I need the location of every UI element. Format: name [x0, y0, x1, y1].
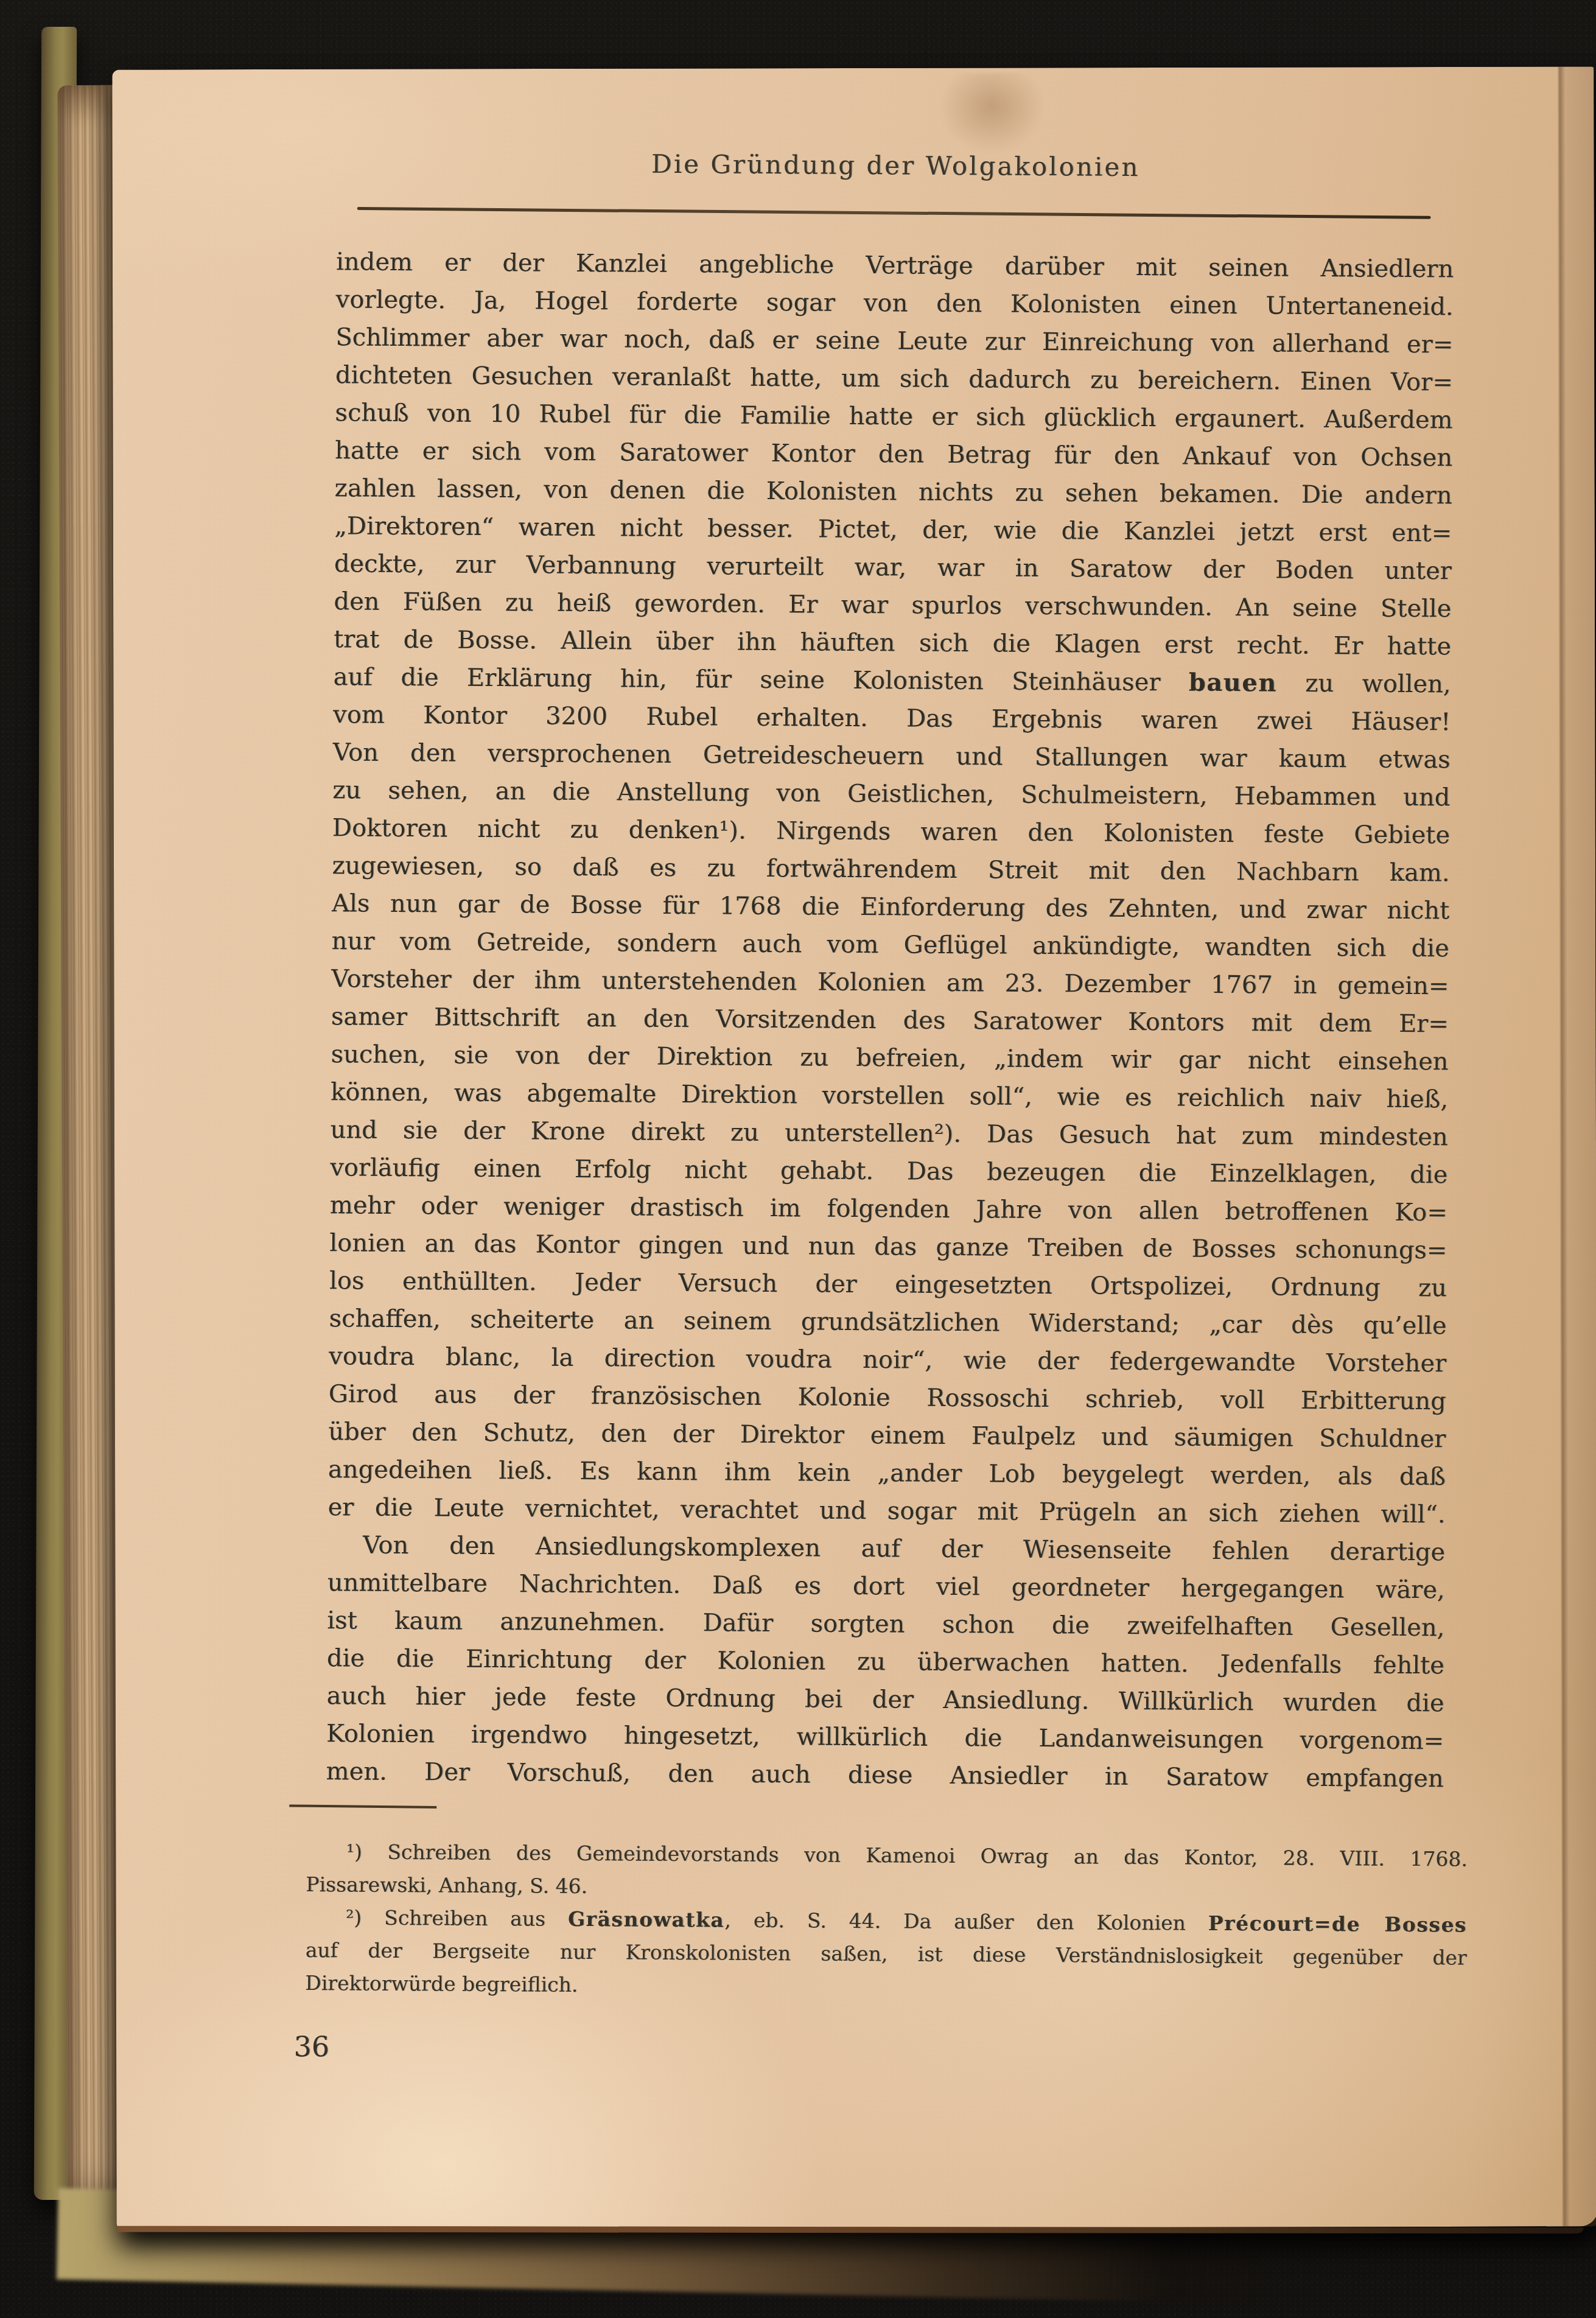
text-segment: über den Schutz, den der Direktor einem … [328, 1418, 1446, 1453]
printed-content: Die Gründung der Wolgakolonien indem er … [99, 68, 1595, 2237]
text-segment: ¹) Schreiben des Gemeindevorstands von K… [346, 1840, 1468, 1871]
emphasized-text: Précourt=de Bosses [1208, 1911, 1467, 1937]
text-segment: samer Bittschrift an den Vorsitzenden de… [331, 1003, 1449, 1038]
emphasized-text: bauen [1189, 668, 1277, 698]
text-segment: men. Der Vorschuß, den auch diese Ansied… [326, 1757, 1444, 1793]
footnote-block: ¹) Schreiben des Gemeindevorstands von K… [305, 1835, 1468, 2008]
text-segment: vorlegte. Ja, Hogel forderte sogar von d… [336, 285, 1454, 321]
text-segment: Girod aus der französischen Kolonie Ross… [329, 1380, 1446, 1415]
text-segment: nur vom Getreide, sondern auch vom Geflü… [332, 927, 1449, 962]
text-segment: auf der Bergseite nur Kronskolonisten sa… [306, 1938, 1467, 1970]
text-segment: Vorsteher der ihm unterstehenden Kolonie… [331, 965, 1449, 1000]
text-segment: Von den Ansiedlungskomplexen auf der Wie… [363, 1532, 1445, 1567]
text-segment: vorläufig einen Erfolg nicht gehabt. Das… [330, 1154, 1447, 1189]
text-segment: zu wollen, [1277, 670, 1451, 699]
text-segment: Als nun gar de Bosse für 1768 die Einfor… [332, 889, 1449, 925]
photographed-book-scene: { "book_page": { "running_header": "Die … [0, 0, 1596, 2318]
text-segment: Kolonien irgendwo hingesetzt, willkürlic… [326, 1720, 1444, 1755]
text-segment: Doktoren nicht zu denken¹). Nirgends war… [332, 814, 1450, 849]
text-segment: Von den versprochenen Getreidescheuern u… [333, 738, 1451, 774]
header-rule [357, 207, 1431, 219]
text-segment: indem er der Kanzlei angebliche Verträge… [336, 248, 1454, 283]
text-segment: Pissarewski, Anhang, S. 46. [306, 1872, 587, 1898]
text-segment: trat de Bosse. Allein über ihn häuften s… [334, 625, 1451, 660]
text-segment: zu sehen, an die Anstellung von Geistlic… [332, 776, 1450, 811]
text-segment: schaffen, scheiterte an seinem grundsätz… [329, 1304, 1446, 1340]
text-segment: unmittelbare Nachrichten. Daß es dort vi… [327, 1569, 1445, 1604]
text-segment: vom Kontor 3200 Rubel erhalten. Das Erge… [333, 701, 1451, 736]
text-segment: suchen, sie von der Direktion zu befreie… [331, 1040, 1448, 1076]
text-segment: hatte er sich vom Saratower Kontor den B… [335, 436, 1452, 472]
book-page: Die Gründung der Wolgakolonien indem er … [112, 66, 1596, 2229]
text-segment: auf die Erklärung hin, für seine Kolonis… [333, 663, 1189, 696]
text-segment: die die Einrichtung der Kolonien zu über… [327, 1644, 1444, 1679]
text-segment: „Direktoren“ waren nicht besser. Pictet,… [334, 512, 1452, 547]
page-number: 36 [293, 2030, 329, 2063]
text-line: men. Der Vorschuß, den auch diese Ansied… [326, 1753, 1443, 1798]
text-segment: und sie der Krone direkt zu unterstellen… [330, 1116, 1447, 1151]
text-segment: angedeihen ließ. Es kann ihm kein „ander… [328, 1455, 1446, 1491]
emphasized-text: Gräsnowatka [568, 1907, 725, 1932]
running-header: Die Gründung der Wolgakolonien [337, 147, 1454, 184]
text-segment: lonien an das Kontor gingen und nun das … [329, 1229, 1447, 1264]
text-segment: voudra blanc, la direction voudra noir“,… [329, 1342, 1446, 1378]
text-segment: den Füßen zu heiß geworden. Er war spurl… [334, 587, 1451, 623]
text-segment: ist kaum anzunehmen. Dafür sorgten schon… [327, 1606, 1444, 1642]
footnote-separator [289, 1804, 436, 1808]
text-segment: auch hier jede feste Ordnung bei der Ans… [326, 1682, 1444, 1717]
text-segment: deckte, zur Verbannung verurteilt war, w… [334, 550, 1452, 585]
text-segment: ²) Schreiben aus [346, 1905, 568, 1930]
text-segment: Direktorwürde begreiflich. [305, 1971, 578, 1997]
main-text-block: indem er der Kanzlei angebliche Verträge… [326, 243, 1454, 1798]
text-segment: zahlen lassen, von denen die Kolonisten … [334, 474, 1452, 509]
text-segment: er die Leute vernichtet, verachtet und s… [327, 1493, 1445, 1528]
text-segment: dichteten Gesuchen veranlaßt hatte, um s… [335, 361, 1453, 396]
text-segment: , eb. S. 44. Da außer den Kolonien [724, 1908, 1208, 1935]
text-segment: Schlimmer aber war noch, daß er seine Le… [335, 323, 1453, 359]
text-segment: schuß von 10 Rubel für die Familie hatte… [335, 399, 1452, 434]
text-segment: können, was abgemalte Direktion vorstell… [331, 1078, 1448, 1113]
text-segment: mehr oder weniger drastisch im folgenden… [330, 1191, 1447, 1227]
text-segment: zugewiesen, so daß es zu fortwährendem S… [332, 852, 1449, 887]
text-segment: los enthüllten. Jeder Versuch der einges… [329, 1267, 1447, 1302]
